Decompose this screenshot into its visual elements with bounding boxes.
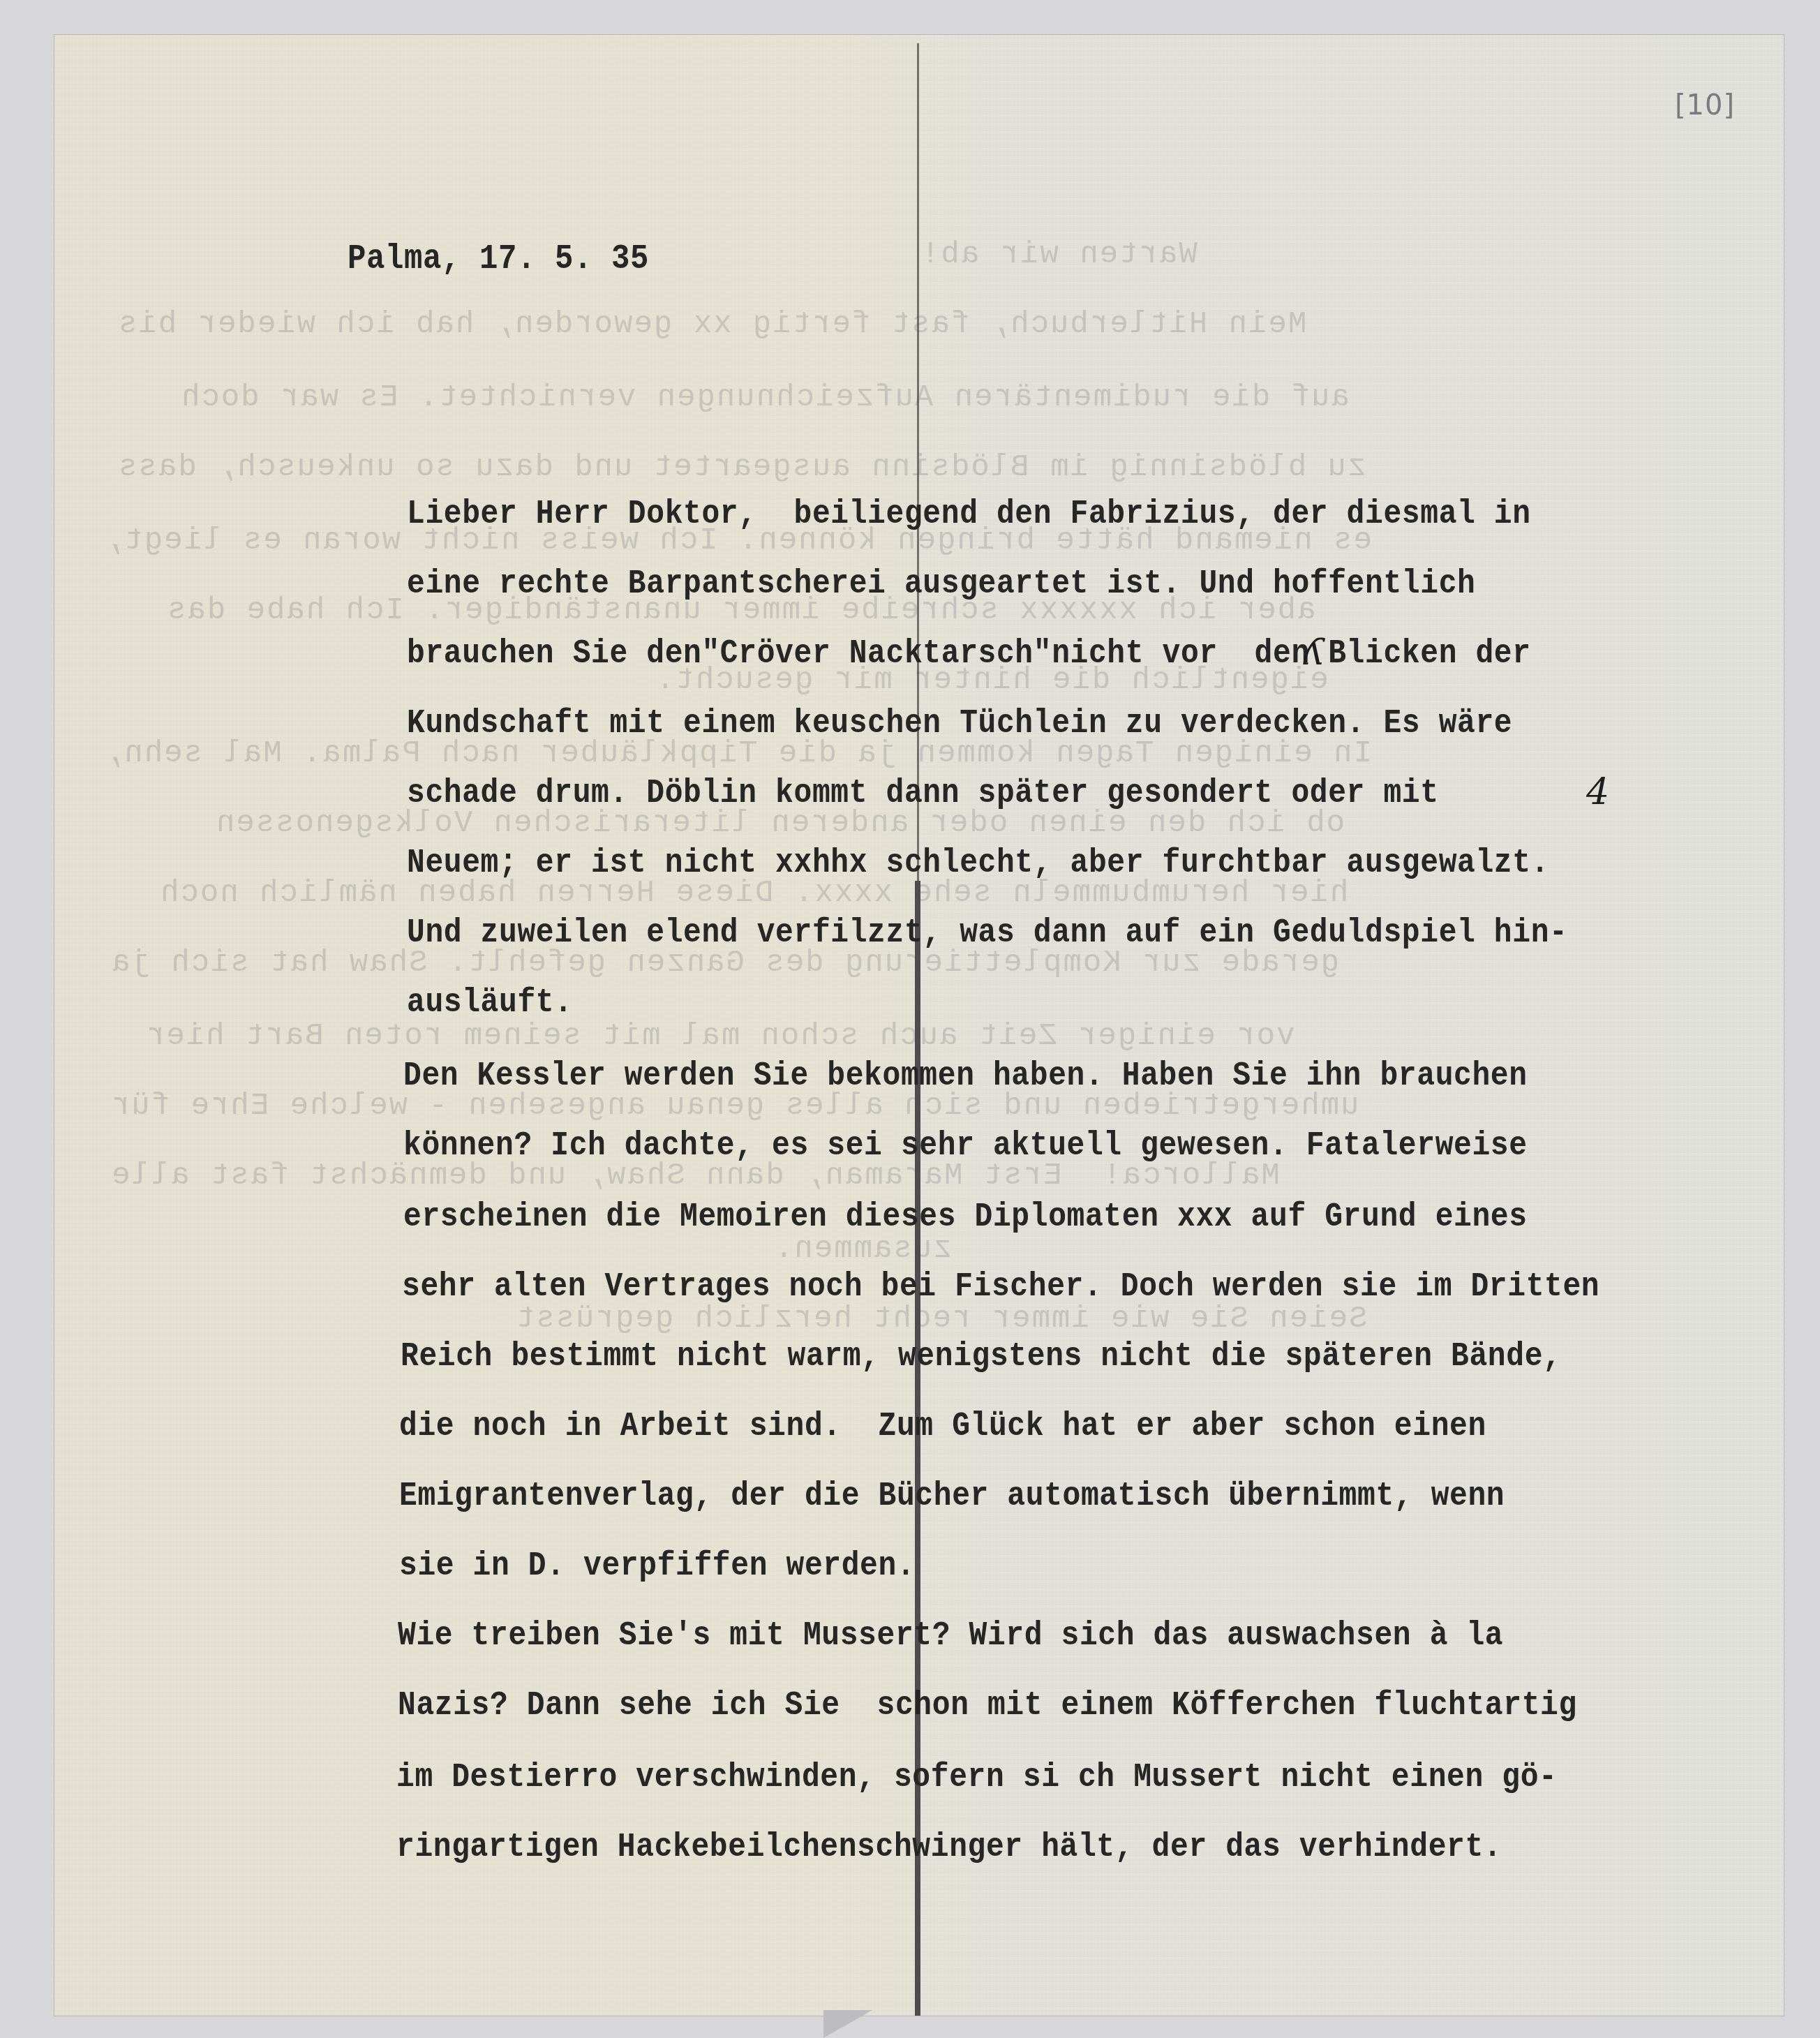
bleed-through-line: Warten wir ab! [920,237,1198,272]
bleed-through-line: auf die rudimentären Aufzeichnungen vern… [180,380,1350,415]
bleed-through-line: zu blödsinnig im Blödsinn ausgeartet und… [117,450,1366,485]
bleed-through-line: Mein Hitlerbuch, fast fertig xx geworden… [117,307,1306,342]
letter-page: [10] Warten wir ab! Mein Hitlerbuch, fas… [54,35,1784,2016]
bleed-through-line: vor einiger Zeit auch schon mal mit sein… [145,1019,1295,1054]
letter-line: die noch in Arbeit sind. Zum Glück hat e… [399,1409,1486,1443]
letter-line: Reich bestimmt nicht warm, wenigstens ni… [401,1339,1561,1373]
bleed-through-line: zusammen. [773,1232,952,1267]
letter-line: Kundschaft mit einem keuschen Tüchlein z… [407,706,1512,740]
letter-line: Emigrantenverlag, der die Bücher automat… [399,1479,1505,1512]
archive-page-number: [10] [1675,89,1735,121]
letter-line: im Destierro verschwinden, sofern si ch … [396,1760,1557,1794]
letter-line: ausläuft. [407,985,573,1019]
letter-line: ringartigen Hackebeilchenschwinger hält,… [396,1830,1502,1864]
letter-line: brauchen Sie den"Cröver Nacktarsch"nicht… [407,637,1531,670]
letter-line: schade drum. Döblin kommt dann später ge… [407,776,1439,810]
letter-line: erscheinen die Memoiren dieses Diplomate… [403,1200,1528,1233]
letter-line: sehr alten Vertrages noch bei Fischer. D… [402,1270,1599,1303]
letter-date: Palma, 17. 5. 35 [348,242,649,276]
letter-line: Den Kessler werden Sie bekommen haben. H… [403,1059,1528,1092]
bleed-through-line: Seien Sie wie immer recht herzlich gegrü… [515,1302,1367,1337]
letter-line: Neuem; er ist nicht xxhhx schlecht, aber… [407,846,1549,879]
letter-line: Lieber Herr Doktor, beiliegend den Fabri… [407,497,1531,530]
letter-line: Nazis? Dann sehe ich Sie schon mit einem… [398,1688,1577,1722]
letter-line: können? Ich dachte, es sei sehr aktuell … [403,1129,1528,1162]
letter-line: eine rechte Barpantscherei ausgeartet is… [407,567,1475,600]
handwritten-correction-mark: 4 [1586,771,1609,813]
letter-line: sie in D. verpfiffen werden. [399,1549,915,1582]
letter-line: Wie treiben Sie's mit Mussert? Wird sich… [398,1619,1503,1652]
letter-line: Und zuweilen elend verfilzzt, was dann a… [407,916,1567,949]
handwritten-correction-mark: ʎ [1304,632,1324,674]
fold-crease [917,43,919,881]
